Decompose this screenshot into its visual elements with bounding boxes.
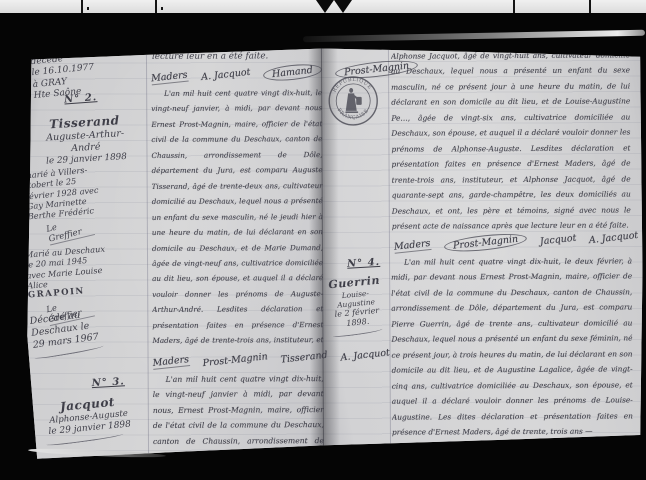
ruler-tick [589,0,591,13]
fiducial-triangle-icon [316,0,334,13]
act3-birth-record-text: Alphonse Jacquot, âgé de vingt-huit ans,… [391,47,631,231]
act-number: N° 4. [347,257,381,270]
act4-birth-record-text: L'an mil huit cent quatre vingt dix-huit… [391,253,633,450]
act1-closing-line: lecture leur en a été faite. [152,51,332,62]
signature: Jacquot [539,233,576,248]
film-ruler-strip [0,0,646,13]
signature: Maders [151,69,189,85]
ruler-tick [513,0,515,13]
republique-francaise-seal-icon: RÉPUBLIQUE FRANÇAISE [326,74,380,128]
ruler-tick [155,0,157,13]
ruler-tick-dot [161,7,163,10]
act2-name-annotation: Tisserand Auguste-Arthur- André le 29 ja… [27,112,144,168]
act-number: N° 3. [91,376,125,389]
ruler-tick [81,0,83,13]
signature: A. Jacquot [589,230,639,246]
signature: Maders [393,237,431,253]
microfilm-scan: { "colors": { "background": "#050505", "… [0,0,646,480]
act3-birth-record-opening: L'an mil huit cent quatre vingt dix-huit… [153,371,324,458]
signature: Maders [152,354,190,370]
act2-birth-record-text: L'an mil huit cent quatre vingt dix-huit… [151,85,323,351]
page-edge-glint [303,30,645,43]
act4-name-annotation: Guerrin Louise-Augustine le 2 février 18… [323,273,390,338]
fiducial-triangle-icon [334,0,352,13]
ruler-tick-dot [87,7,89,10]
signature: A. Jacquot [200,67,250,83]
marriage-annotation-1: marié à Villers- Robert le 25 février 19… [24,160,140,244]
register-spread: décédé le 16.10.1977 à GRAY Hte Saône N°… [24,44,644,459]
